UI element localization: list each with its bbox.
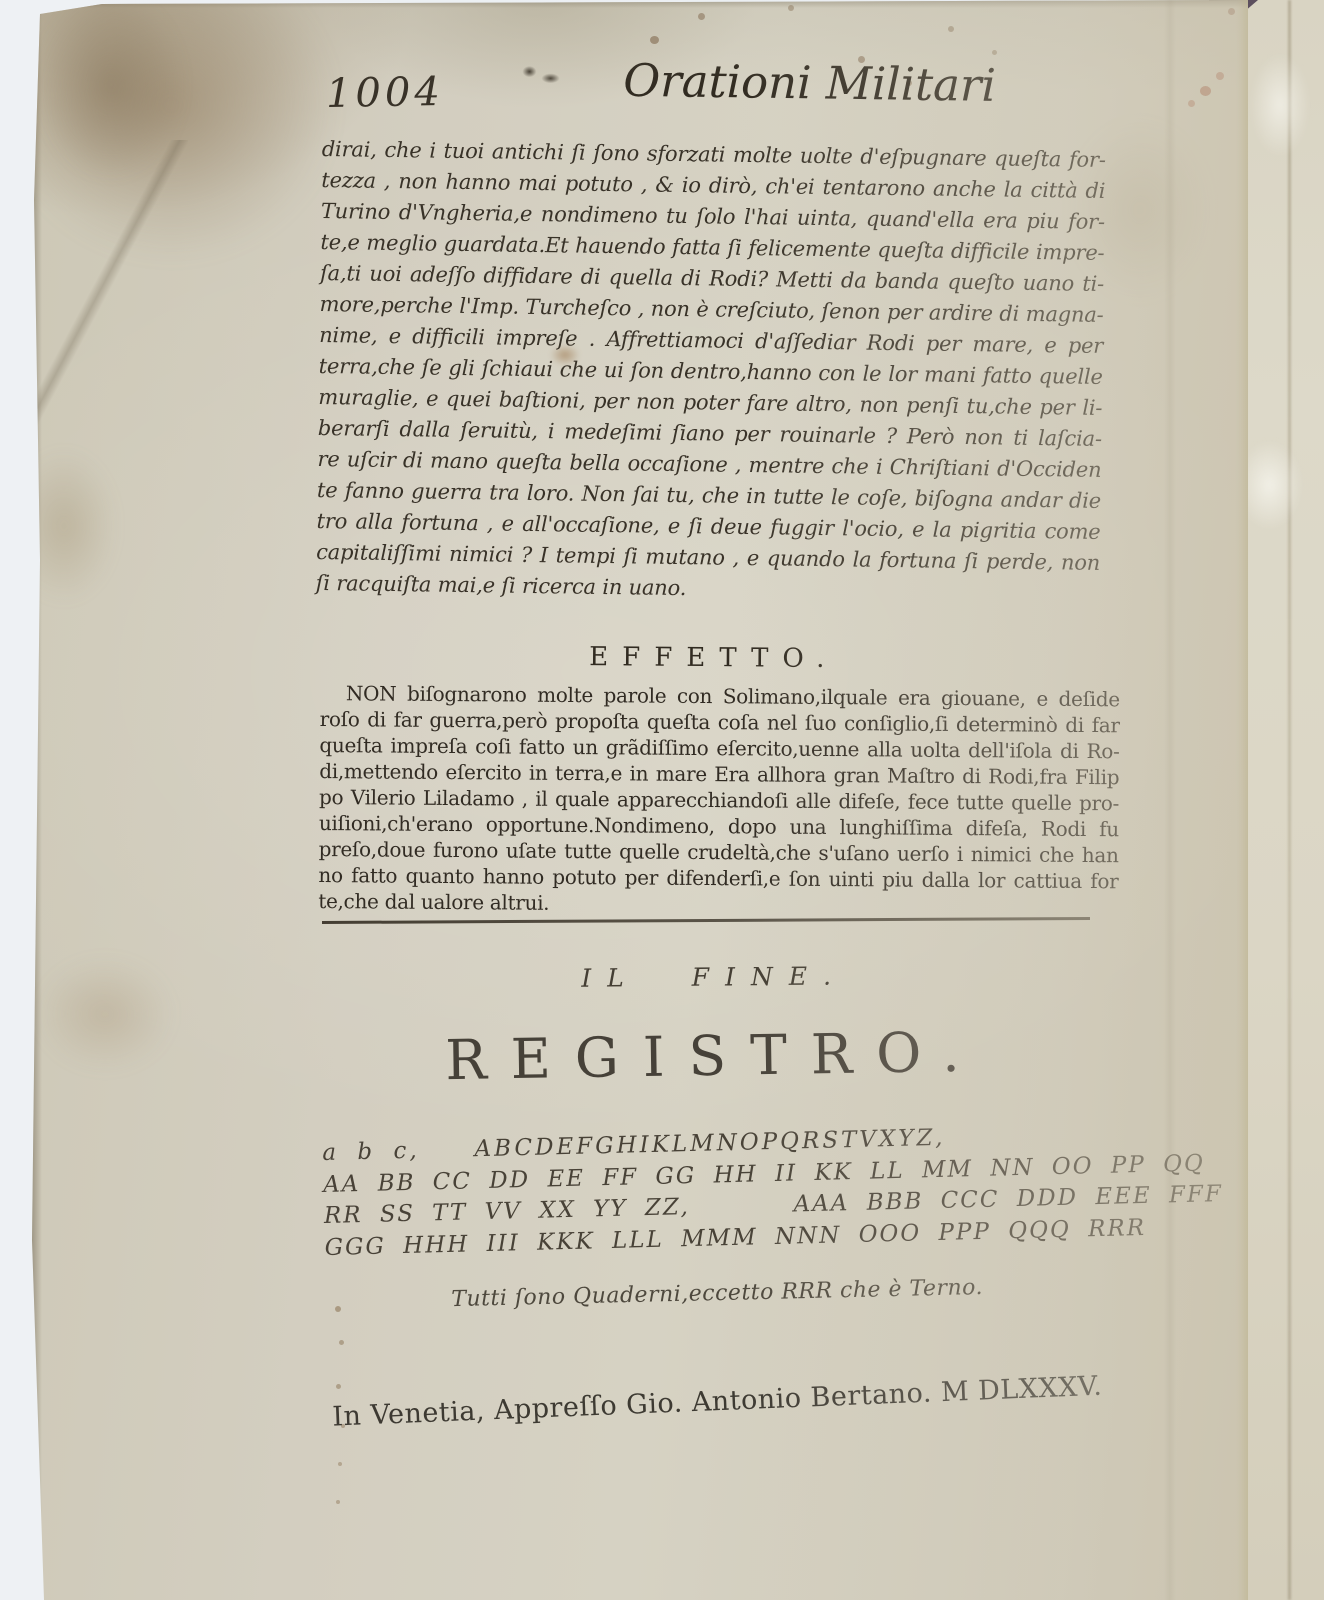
paper-crease [1140,0,1200,1600]
page-sheet: 1004 Orationi Militari dirai, che i tuoi… [30,0,1248,1600]
registro-heading: REGISTRO. [322,1018,1107,1094]
underlying-page [1244,0,1324,1600]
oration-paragraph: dirai, che i tuoi antichi ſi ſono sforza… [316,134,1106,610]
effetto-heading: EFFETTO. [322,640,1106,676]
page-right-edge [1236,0,1248,1600]
foxing-spot [1188,100,1195,107]
running-title: Orationi Militari [499,52,1120,114]
foxing-spot [948,26,954,32]
foxing-spot [338,1462,342,1466]
il-fine-heading: IL FINE. [322,959,1106,995]
foxing-spot [698,13,705,20]
stain [12,450,116,602]
under-page-crease [1288,0,1291,1600]
page-fold-highlight [1238,30,1322,180]
stain [6,0,336,260]
register-signatures: a b c, ABCDEFGHIKLMNOPQRSTVXYZ, AA BB CC… [322,1119,1115,1264]
foxing-spot [339,1340,344,1345]
book-page-photo: 1004 Orationi Militari dirai, che i tuoi… [0,0,1324,1600]
effetto-paragraph: NON biſognarono molte parole con Soliman… [318,680,1120,920]
page-number: 1004 [326,69,445,117]
page-left-edge [30,0,42,1600]
foxing-spot [992,50,997,55]
paper-crease [18,140,188,430]
foxing-spot [336,1500,340,1504]
register-note: Tutti ſono Quaderni,eccetto RRR che è Te… [322,1272,1112,1315]
stain [38,958,172,1070]
foxing-spot [650,36,659,44]
foxing-spot [1216,72,1224,80]
page-top-edge [30,0,1248,8]
foxing-spot [336,1384,341,1389]
imprint-colophon: In Venetia, Appreſſo Gio. Antonio Bertan… [322,1370,1113,1433]
stain [36,0,186,180]
foxing-spot [1200,86,1211,96]
foxing-spot [1228,8,1235,15]
horizontal-rule [322,917,1090,924]
